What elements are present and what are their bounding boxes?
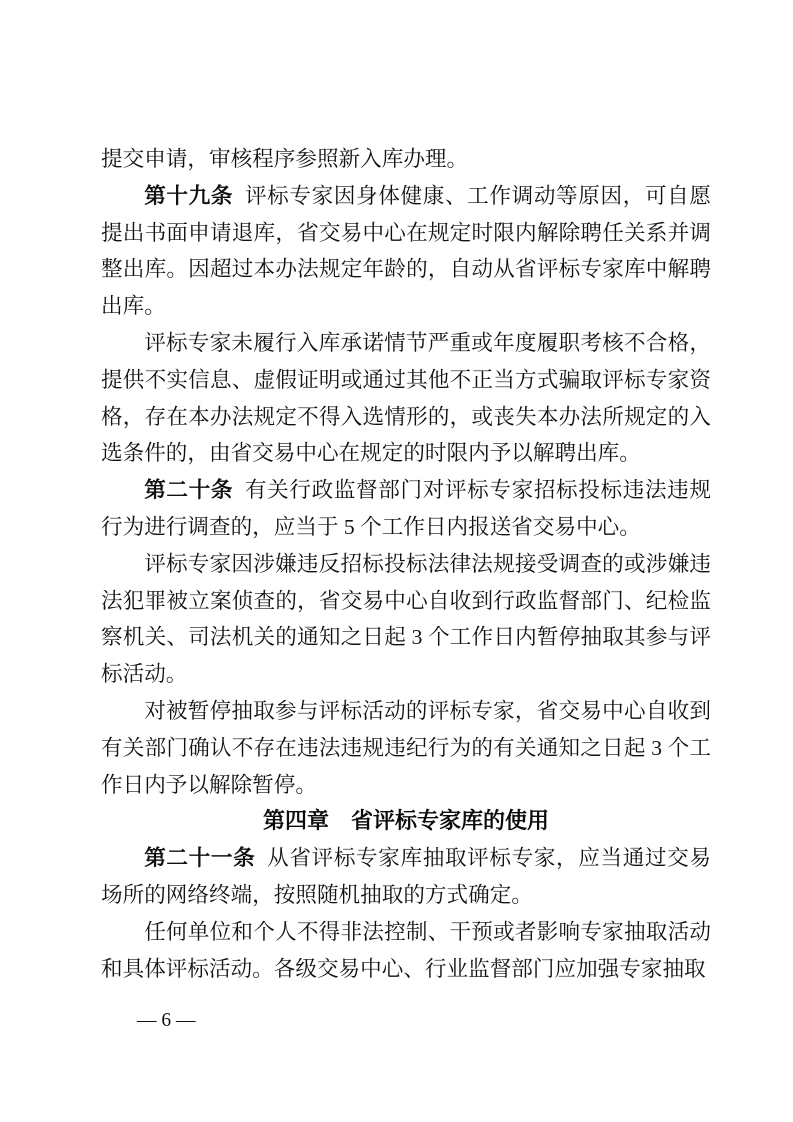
paragraph-text: 评标专家因涉嫌违反招标投标法律法规接受调查的或涉嫌违法犯罪被立案侦查的，省交易中… (101, 552, 711, 686)
paragraph-body-3: 对被暂停抽取参与评标活动的评标专家，省交易中心自收到有关部门确认不存在违法违规违… (101, 693, 711, 803)
article-21-label: 第二十一条 (144, 846, 255, 870)
paragraph-text: 对被暂停抽取参与评标活动的评标专家，省交易中心自收到有关部门确认不存在违法违规违… (101, 699, 711, 797)
paragraph-text: 提交申请，审核程序参照新入库办理。 (101, 147, 468, 171)
paragraph-body-1: 评标专家未履行入库承诺情节严重或年度履职考核不合格，提供不实信息、虚假证明或通过… (101, 325, 711, 472)
chapter-heading: 第四章 省评标专家库的使用 (101, 803, 711, 840)
document-page: 提交申请，审核程序参照新入库办理。 第十九条评标专家因身体健康、工作调动等原因，… (0, 0, 793, 1122)
paragraph-text: 评标专家未履行入库承诺情节严重或年度履职考核不合格，提供不实信息、虚假证明或通过… (101, 331, 711, 465)
article-19-label: 第十九条 (144, 184, 233, 208)
page-number: — 6 — (137, 1010, 196, 1031)
paragraph-continuation: 提交申请，审核程序参照新入库办理。 (101, 141, 711, 178)
page-footer: — 6 — (137, 1007, 196, 1035)
article-20-label: 第二十条 (144, 478, 233, 502)
paragraph-article-21: 第二十一条从省评标专家库抽取评标专家，应当通过交易场所的网络终端，按照随机抽取的… (101, 840, 711, 914)
paragraph-text: 任何单位和个人不得非法控制、干预或者影响专家抽取活动和具体评标活动。各级交易中心… (101, 920, 711, 981)
document-body: 提交申请，审核程序参照新入库办理。 第十九条评标专家因身体健康、工作调动等原因，… (101, 141, 711, 987)
paragraph-body-4: 任何单位和个人不得非法控制、干预或者影响专家抽取活动和具体评标活动。各级交易中心… (101, 914, 711, 988)
paragraph-article-20: 第二十条有关行政监督部门对评标专家招标投标违法违规行为进行调查的，应当于 5 个… (101, 472, 711, 546)
paragraph-article-19: 第十九条评标专家因身体健康、工作调动等原因，可自愿提出书面申请退库，省交易中心在… (101, 178, 711, 325)
paragraph-body-2: 评标专家因涉嫌违反招标投标法律法规接受调查的或涉嫌违法犯罪被立案侦查的，省交易中… (101, 546, 711, 693)
